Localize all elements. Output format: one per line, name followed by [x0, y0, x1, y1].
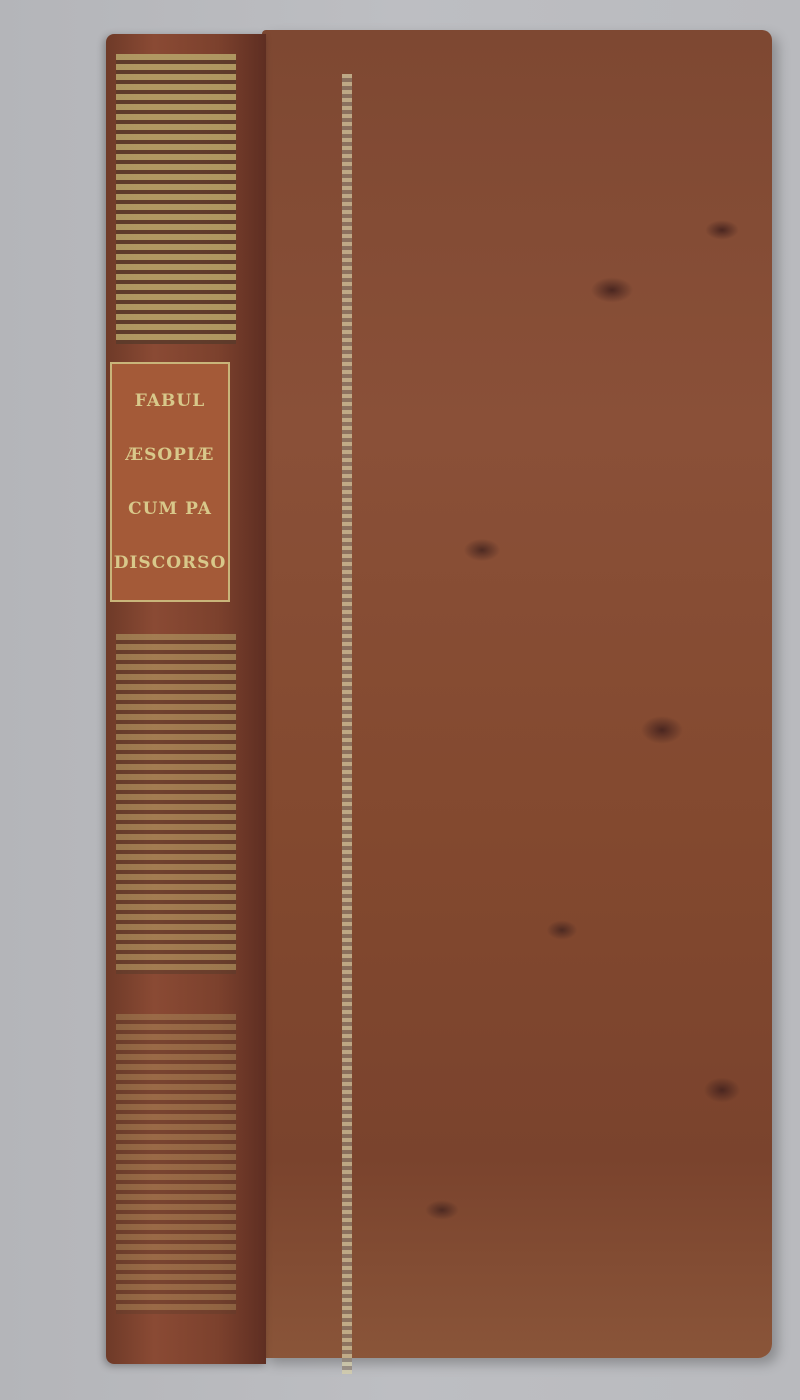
spine-title-label: FABUL ÆSOPIÆ CUM PA DISCORSO	[110, 362, 230, 602]
book: FABUL ÆSOPIÆ CUM PA DISCORSO	[0, 0, 800, 1400]
gilt-tooling-top	[116, 54, 236, 344]
spine-title-line: ÆSOPIÆ	[126, 445, 215, 465]
spine-title-line: FABUL	[135, 391, 205, 411]
spine-title-line: CUM PA	[128, 499, 212, 519]
spine-title-line: DISCORSO	[114, 553, 227, 573]
book-spine: FABUL ÆSOPIÆ CUM PA DISCORSO	[106, 34, 266, 1364]
book-front-cover	[262, 30, 772, 1358]
spine-hinge-gilt-line	[342, 74, 352, 1374]
gilt-tooling-bottom	[116, 1014, 236, 1314]
gilt-tooling-middle	[116, 634, 236, 974]
